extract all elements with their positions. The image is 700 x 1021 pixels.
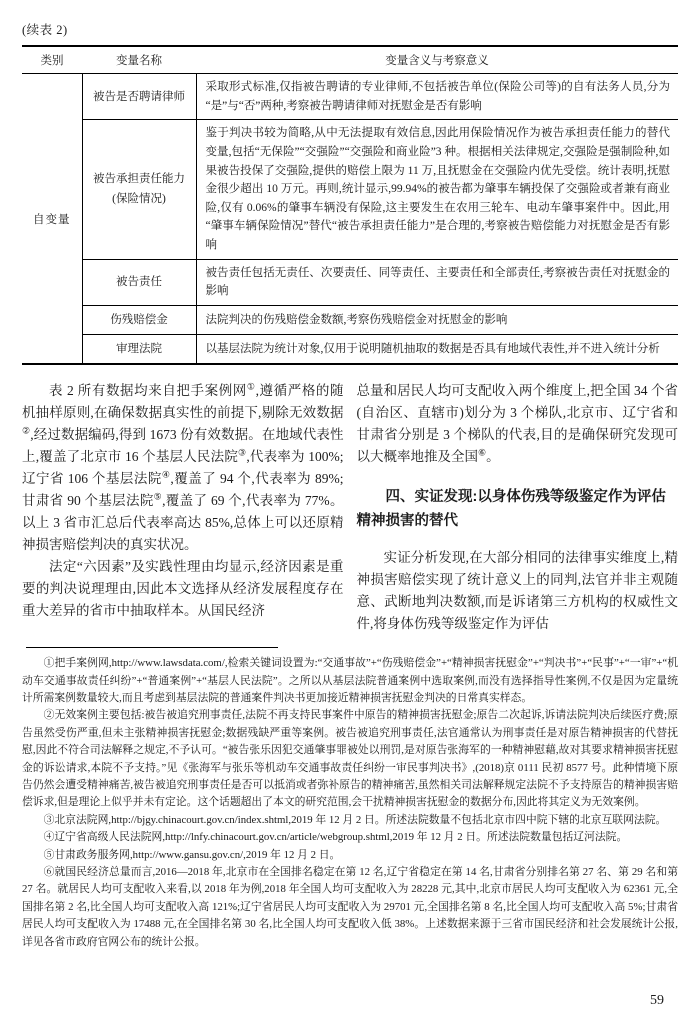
footnotes-section: ①把手案例网,http://www.lawsdata.com/,检索关键词设置为… xyxy=(22,655,678,951)
footnote-item: ②无效案例主要包括:被告被追究刑事责任,法院不再支持民事案件中原告的精神损害抚慰… xyxy=(22,707,678,811)
footnote-marker: ⑤ xyxy=(44,849,55,861)
paper-page: (续表 2) 类别 变量名称 变量含义与考察意义 自变量 被告是否聘请律师 采取… xyxy=(0,0,700,1021)
footnote-text: 就国民经济总量而言,2016—2018 年,北京市在全国排名稳定在第 12 名,… xyxy=(22,866,678,948)
table-header-row: 类别 变量名称 变量含义与考察意义 xyxy=(22,46,678,74)
right-column: 总量和居民人均可支配收入两个维度上,把全国 34 个省(自治区、直辖市)划分为 … xyxy=(357,380,679,635)
footnote-marker: ⑥ xyxy=(44,866,55,878)
variable-name-cell: 伤残赔偿金 xyxy=(82,305,196,334)
variable-desc-cell: 采取形式标准,仅指被告聘请的专业律师,不包括被告单位(保险公司等)的自有法务人员… xyxy=(196,74,678,120)
variable-desc-cell: 法院判决的伤残赔偿金数额,考察伤残赔偿金对抚慰金的影响 xyxy=(196,305,678,334)
table-row: 被告责任 被告责任包括无责任、次要责任、同等责任、主要责任和全部责任,考察被告责… xyxy=(22,259,678,305)
paragraph: 表 2 所有数据均来自把手案例网①,遵循严格的随机抽样原则,在确保数据真实性的前… xyxy=(22,380,344,556)
category-cell: 自变量 xyxy=(22,74,82,365)
footnote-marker: ② xyxy=(44,709,55,721)
variable-name-cell: 被告责任 xyxy=(82,259,196,305)
variable-desc-cell: 鉴于判决书较为简略,从中无法提取有效信息,因此用保险情况作为被告承担责任能力的替… xyxy=(196,120,678,259)
paragraph: 总量和居民人均可支配收入两个维度上,把全国 34 个省(自治区、直辖市)划分为 … xyxy=(357,380,679,468)
continued-table-label: (续表 2) xyxy=(22,20,678,38)
footnote-ref-2: ② xyxy=(22,426,30,436)
footnote-marker: ③ xyxy=(44,814,55,826)
footnote-text: 把手案例网,http://www.lawsdata.com/,检索关键词设置为:… xyxy=(22,657,678,704)
variable-desc-cell: 以基层法院为统计对象,仅用于说明随机抽取的数据是否具有地域代表性,并不进入统计分… xyxy=(196,335,678,365)
table-row: 审理法院 以基层法院为统计对象,仅用于说明随机抽取的数据是否具有地域代表性,并不… xyxy=(22,335,678,365)
variable-name-cell: 审理法院 xyxy=(82,335,196,365)
footnote-separator xyxy=(26,647,278,648)
footnote-item: ④辽宁省高级人民法院网,http://lnfy.chinacourt.gov.c… xyxy=(22,829,678,846)
footnote-item: ③北京法院网,http://bjgy.chinacourt.gov.cn/ind… xyxy=(22,812,678,829)
variable-name-cell: 被告是否聘请律师 xyxy=(82,74,196,120)
footnote-ref-1: ① xyxy=(247,382,256,392)
section-heading: 四、实证发现:以身体伤残等级鉴定作为评估精神损害的替代 xyxy=(357,485,679,533)
variable-name-cell: 被告承担责任能力 (保险情况) xyxy=(82,120,196,259)
column-header-category: 类别 xyxy=(22,46,82,74)
footnote-text: 甘肃政务服务网,http://www.gansu.gov.cn/,2019 年 … xyxy=(54,849,340,861)
footnote-item: ①把手案例网,http://www.lawsdata.com/,检索关键词设置为… xyxy=(22,655,678,707)
left-column: 表 2 所有数据均来自把手案例网①,遵循严格的随机抽样原则,在确保数据真实性的前… xyxy=(22,380,344,635)
column-header-variable-name: 变量名称 xyxy=(82,46,196,74)
footnote-text: 辽宁省高级人民法院网,http://lnfy.chinacourt.gov.cn… xyxy=(54,831,627,843)
footnote-text: 无效案例主要包括:被告被追究刑事责任,法院不再支持民事案件中原告的精神损害抚慰金… xyxy=(22,709,678,808)
variable-desc-cell: 被告责任包括无责任、次要责任、同等责任、主要责任和全部责任,考察被告责任对抚慰金… xyxy=(196,259,678,305)
footnote-item: ⑤甘肃政务服务网,http://www.gansu.gov.cn/,2019 年… xyxy=(22,847,678,864)
table-row: 自变量 被告是否聘请律师 采取形式标准,仅指被告聘请的专业律师,不包括被告单位(… xyxy=(22,74,678,120)
footnote-text: 北京法院网,http://bjgy.chinacourt.gov.cn/inde… xyxy=(54,814,666,826)
paragraph: 法定“六因素”及实践性理由均显示,经济因素是重要的判决说理理由,因此本文选择从经… xyxy=(22,556,344,622)
body-columns: 表 2 所有数据均来自把手案例网①,遵循严格的随机抽样原则,在确保数据真实性的前… xyxy=(22,380,678,635)
text-segment: 表 2 所有数据均来自把手案例网 xyxy=(49,383,247,398)
table-row: 伤残赔偿金 法院判决的伤残赔偿金数额,考察伤残赔偿金对抚慰金的影响 xyxy=(22,305,678,334)
text-segment: 。 xyxy=(486,449,500,464)
footnote-ref-6: ⑥ xyxy=(478,448,486,458)
column-header-meaning: 变量含义与考察意义 xyxy=(196,46,678,74)
variables-table: 类别 变量名称 变量含义与考察意义 自变量 被告是否聘请律师 采取形式标准,仅指… xyxy=(22,45,678,365)
paragraph: 实证分析发现,在大部分相同的法律事实维度上,精神损害赔偿实现了统计意义上的同判,… xyxy=(357,547,679,635)
footnote-ref-5: ⑤ xyxy=(154,492,162,502)
footnote-item: ⑥就国民经济总量而言,2016—2018 年,北京市在全国排名稳定在第 12 名… xyxy=(22,864,678,951)
page-number: 59 xyxy=(650,993,664,1009)
footnote-marker: ① xyxy=(44,657,55,669)
text-segment: 总量和居民人均可支配收入两个维度上,把全国 34 个省(自治区、直辖市)划分为 … xyxy=(357,383,679,464)
table-row: 被告承担责任能力 (保险情况) 鉴于判决书较为简略,从中无法提取有效信息,因此用… xyxy=(22,120,678,259)
footnote-marker: ④ xyxy=(44,831,55,843)
